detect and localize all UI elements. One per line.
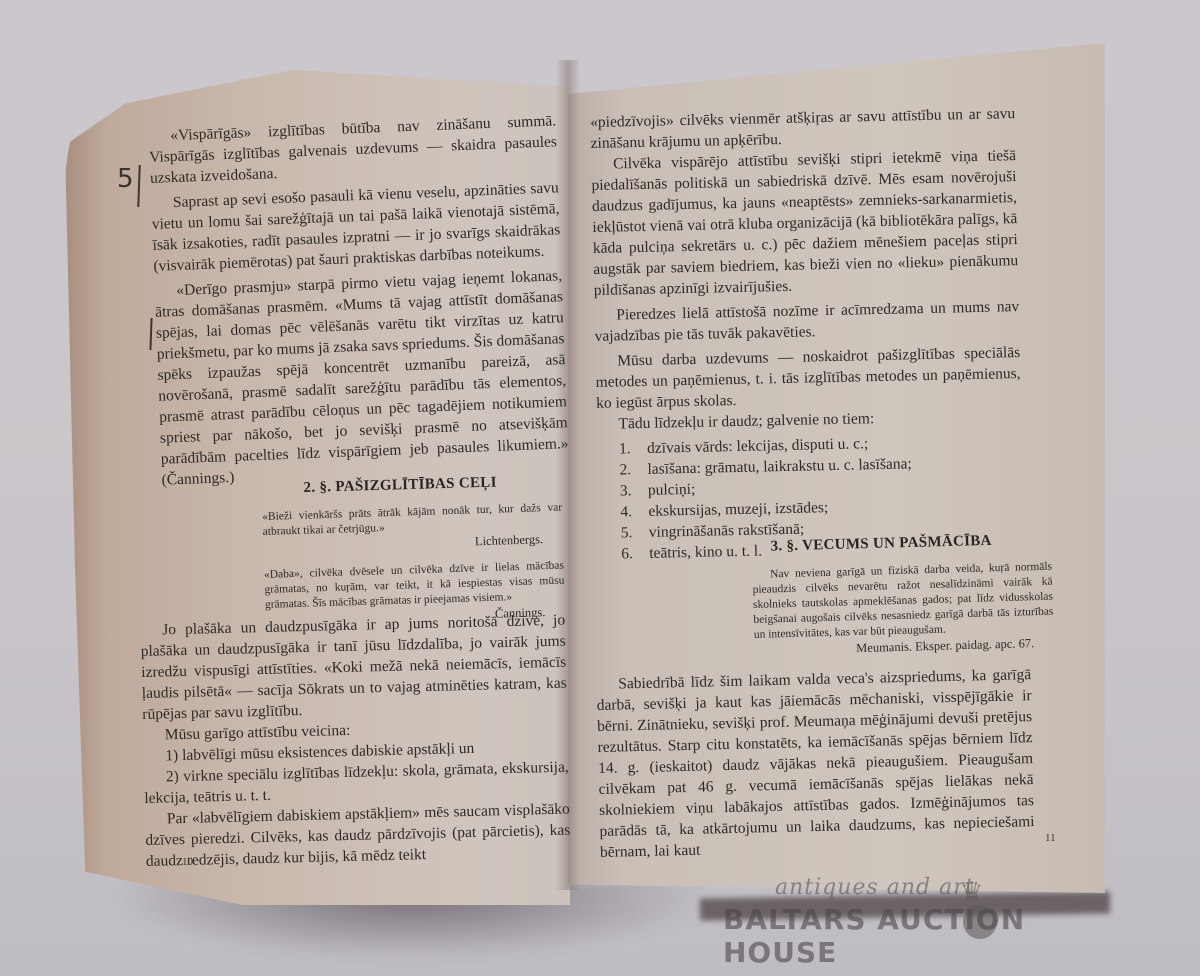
paragraph: Mūsu darba uzdevums — noskaidrot pašizgl… bbox=[595, 342, 1021, 414]
book-photo: 5 «Vispārīgās» izglītības būtība nav zin… bbox=[0, 0, 1200, 976]
paragraph: Jo plašāka un daudzpusīgāka ir ap jums n… bbox=[140, 610, 567, 725]
section-3-epigraph: Nav neviena garīgā un fiziskā darba veid… bbox=[752, 560, 1054, 659]
epigraph-text: «Daba», cilvēka dvēsele un cilvēka dzīve… bbox=[264, 559, 565, 613]
left-page-body-lower: Jo plašāka un daudzpusīgāka ir ap jums n… bbox=[140, 610, 571, 872]
paragraph: Par «labvēlīgiem dabiskiem apstākļiem» m… bbox=[145, 799, 571, 872]
watermark-script: antiques and art bbox=[775, 875, 975, 900]
watermark: antiques and art ♛ BALTARS AUCTION HOUSE bbox=[715, 875, 1135, 945]
section-2-epigraphs: «Bieži vienkāršs prāts ātrāk kājām nonāk… bbox=[262, 501, 566, 629]
right-page-body: «piedzīvojis» cilvēks vienmēr atšķiŗas a… bbox=[590, 103, 1024, 565]
epigraph-text: Nav neviena garīgā un fiziskā darba veid… bbox=[752, 560, 1054, 643]
handwritten-margin-mark: 5 bbox=[117, 164, 147, 212]
paragraph: Pieredzes lielā attīstošā nozīme ir acīm… bbox=[594, 296, 1020, 347]
page-number-right: 11 bbox=[1045, 832, 1056, 844]
right-page-body-lower: Sabiedrībā līdz šim laikam valda veca's … bbox=[596, 664, 1035, 863]
left-page-body: «Vispārīgās» izglītības būtība nav zināš… bbox=[148, 110, 570, 490]
paragraph: «Derīgo prasmju» starpā pirmo vietu vaja… bbox=[154, 265, 570, 491]
paragraph: Sabiedrībā līdz šim laikam valda veca's … bbox=[596, 664, 1035, 863]
paragraph: Saprast ap sevi esošo pasauli kā vienu v… bbox=[151, 177, 562, 277]
page-number-left: 10 bbox=[182, 856, 193, 868]
watermark-brand: BALTARS AUCTION HOUSE bbox=[723, 903, 1135, 969]
paragraph: Cilvēka vispārējo attīstību sevišķi stip… bbox=[591, 145, 1019, 301]
